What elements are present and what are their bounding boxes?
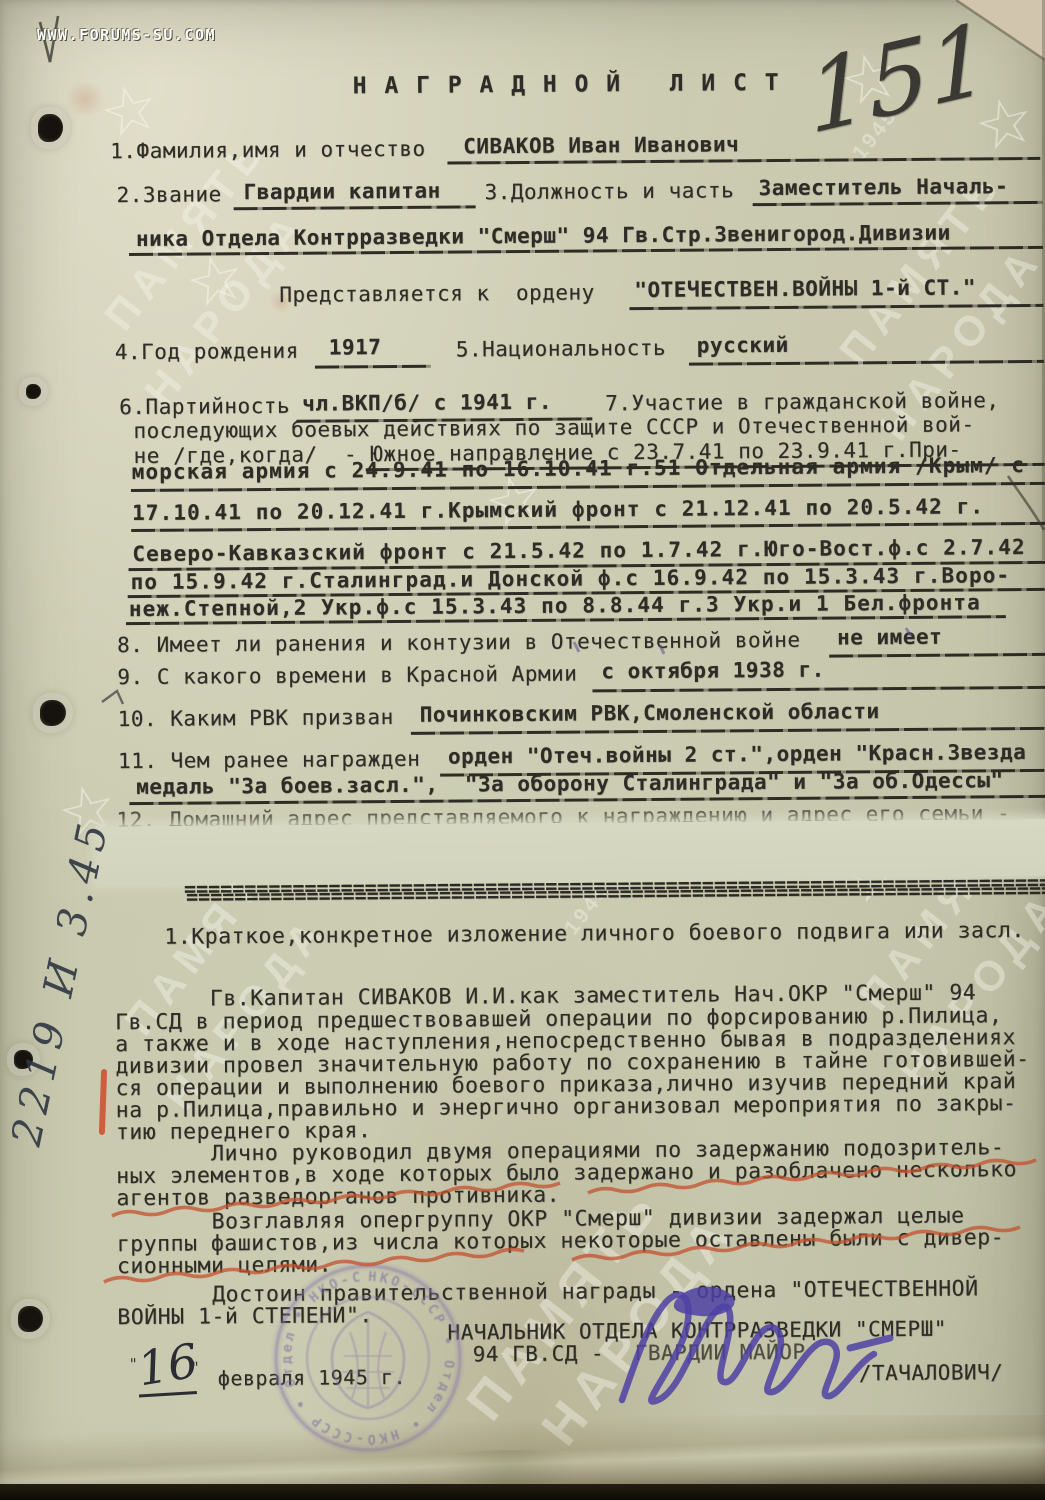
field-service-since-value: с октября 1938 г. [601, 658, 825, 684]
signer-rank: ГВАРДИИ МАЙОР [635, 1340, 806, 1365]
signer-title-line2: 94 ГВ.СД - [473, 1341, 605, 1366]
underline [315, 365, 431, 369]
underline [829, 653, 1045, 657]
field-position-value: Заместитель Началь- [758, 174, 1008, 200]
underline [629, 304, 1043, 310]
field-prior-awards-line2: медаль "За боев.засл.", "За оборону Стал… [136, 768, 1004, 799]
scanned-award-document: ПАМЯТЬ НАРОДА ПАМЯТЬ НАРОДА ПАМЯТЬ НАРОД… [0, 0, 1045, 1500]
signer-name: /ТАЧАЛОВИЧ/ [859, 1360, 1004, 1385]
underline [411, 727, 1045, 735]
field-wounds-value: не имеет [837, 625, 942, 650]
field-prior-awards-value: орден "Отеч.войны 2 ст.",орден "Красн.Зв… [448, 740, 1026, 769]
underline [447, 157, 1040, 164]
underline [689, 360, 1044, 365]
field-nationality-value: русский [697, 333, 789, 358]
document-title: Н А Г Р А Д Н О Й Л И С Т [353, 70, 781, 99]
field-birthyear-value: 1917 [329, 335, 382, 359]
field-wounds-label: 8. Имеет ли ранения и контузии в Отечест… [117, 628, 801, 657]
field-warservice-label: 7.Участие в гражданской войне, [605, 388, 999, 415]
date-text: февраля 1945 г. [218, 1365, 406, 1390]
field-service-since-label: 9. С какого времени в Красной Армии [117, 662, 577, 690]
body-line: сионными целями. [117, 1252, 332, 1279]
presented-label: Представляется к ордену [279, 280, 595, 306]
field-birthyear-label: 4.Год рождения [115, 339, 299, 364]
underline [234, 205, 476, 209]
underline [131, 482, 1045, 492]
site-watermark: WWW.FORUMS-SU.COM [37, 26, 216, 44]
field-rank-label: 2.Звание [116, 182, 221, 207]
warservice-line: 17.10.41 по 20.12.41 г.Крымский фронт с … [132, 494, 984, 525]
field-party-label: 6.Партийность [119, 394, 290, 419]
presented-value: "ОТЕЧЕСТВЕН.ВОЙНЫ 1-й СТ." [634, 275, 976, 302]
underline [753, 201, 1043, 206]
scan-bottom-edge [0, 1484, 1045, 1500]
field-position-value-2: ника Отдела Контрразведки "Смерш" 94 Гв.… [136, 221, 951, 251]
field-prior-awards-label: 11. Чем ранее награжден [118, 747, 420, 773]
field-rvk-label: 10. Каким РВК призван [118, 705, 394, 731]
field-name-value: СИВАКОВ Иван Иванович [463, 132, 739, 158]
field-nationality-label: 5.Национальность [456, 336, 666, 362]
field-rvk-value: Починковским РВК,Смоленской области [420, 699, 880, 727]
document-content: Н А Г Р А Д Н О Й Л И С Т 1.Фамилия,имя … [0, 0, 1045, 1500]
body-line: ВОЙНЫ 1-й СТЕПЕНИ". [117, 1303, 373, 1330]
section-heading: 1.Краткое,конкретное изложение личного б… [164, 918, 1025, 950]
field-name-label: 1.Фамилия,имя и отчество [110, 137, 426, 163]
field-position-label: 3.Должность и часть [484, 178, 734, 204]
handwritten-day: 16 [134, 1334, 202, 1398]
field-rank-value: Гвардии капитан [243, 179, 440, 205]
underline [592, 686, 1045, 692]
field-party-value: чл.ВКП/б/ с 1941 г. [302, 390, 552, 416]
